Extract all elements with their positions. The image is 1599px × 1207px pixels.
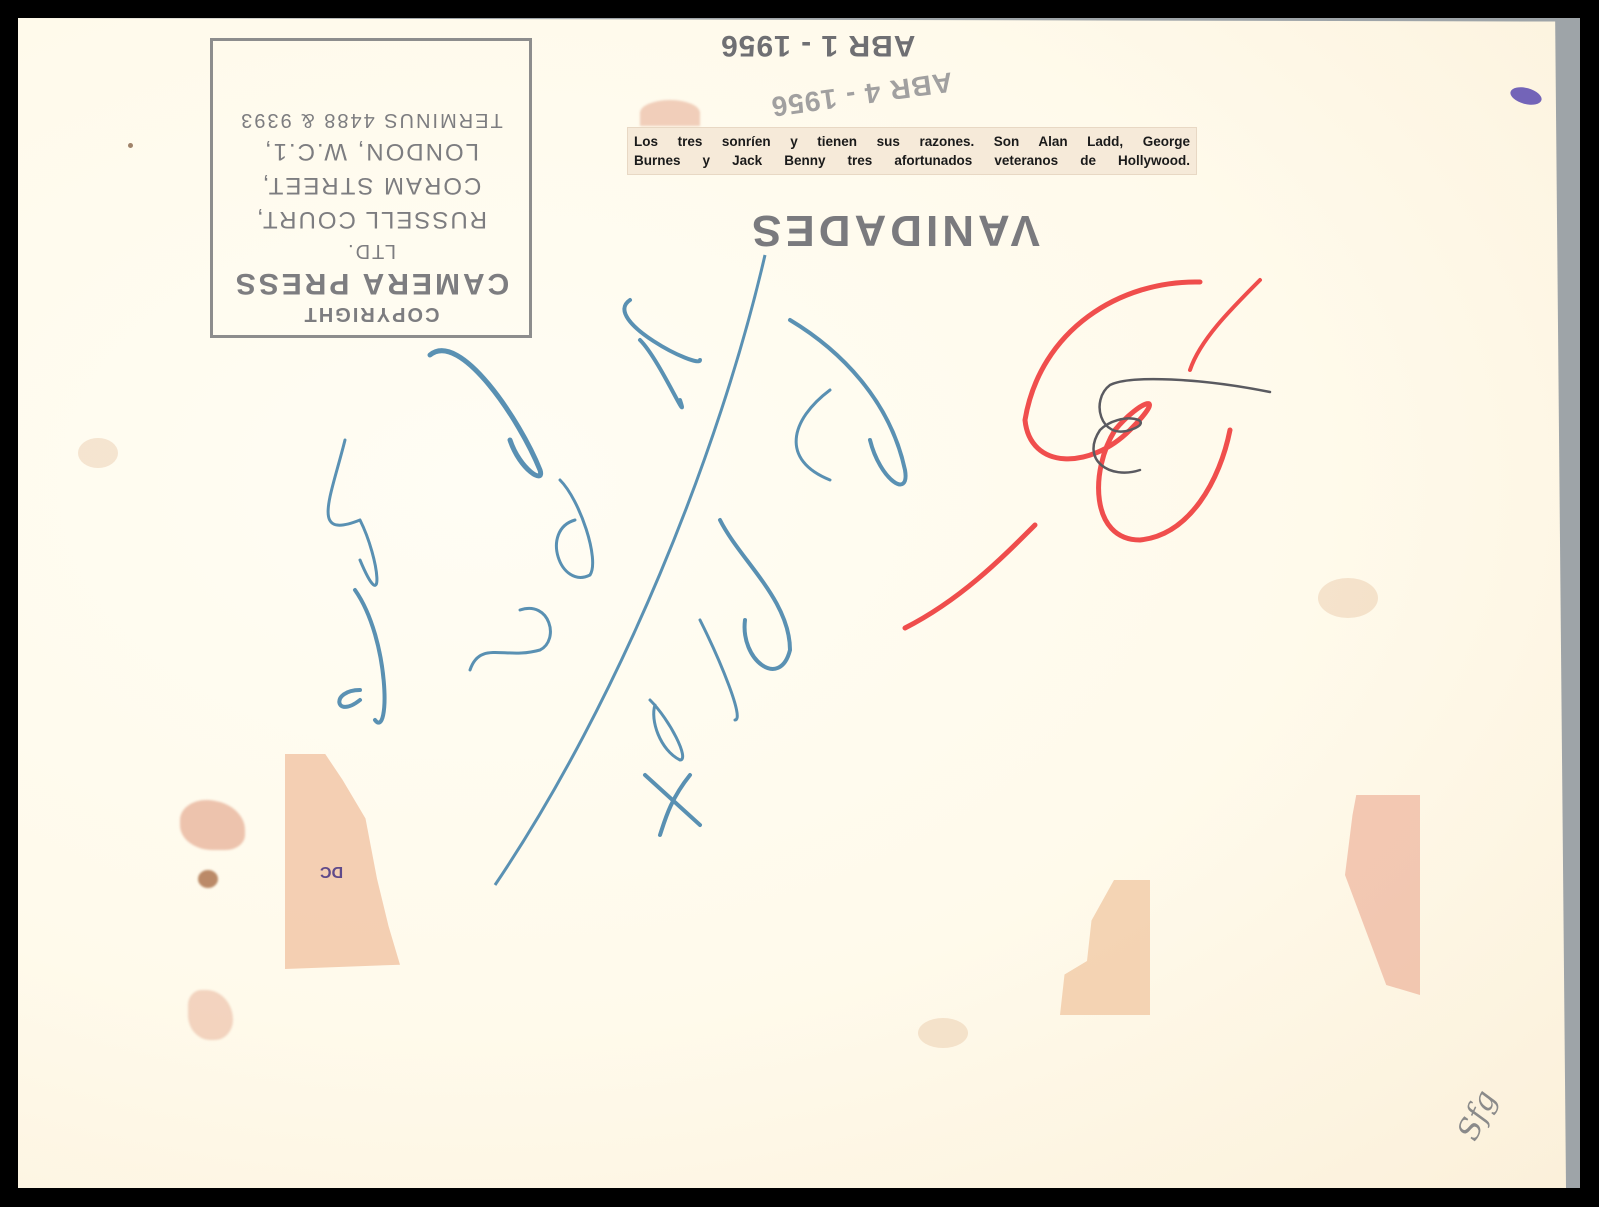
- red-pencil-mark: [905, 280, 1260, 628]
- blue-divider-stroke: [495, 255, 765, 885]
- handwriting-layer: [0, 0, 1599, 1207]
- blue-pencil-writing: [328, 300, 905, 835]
